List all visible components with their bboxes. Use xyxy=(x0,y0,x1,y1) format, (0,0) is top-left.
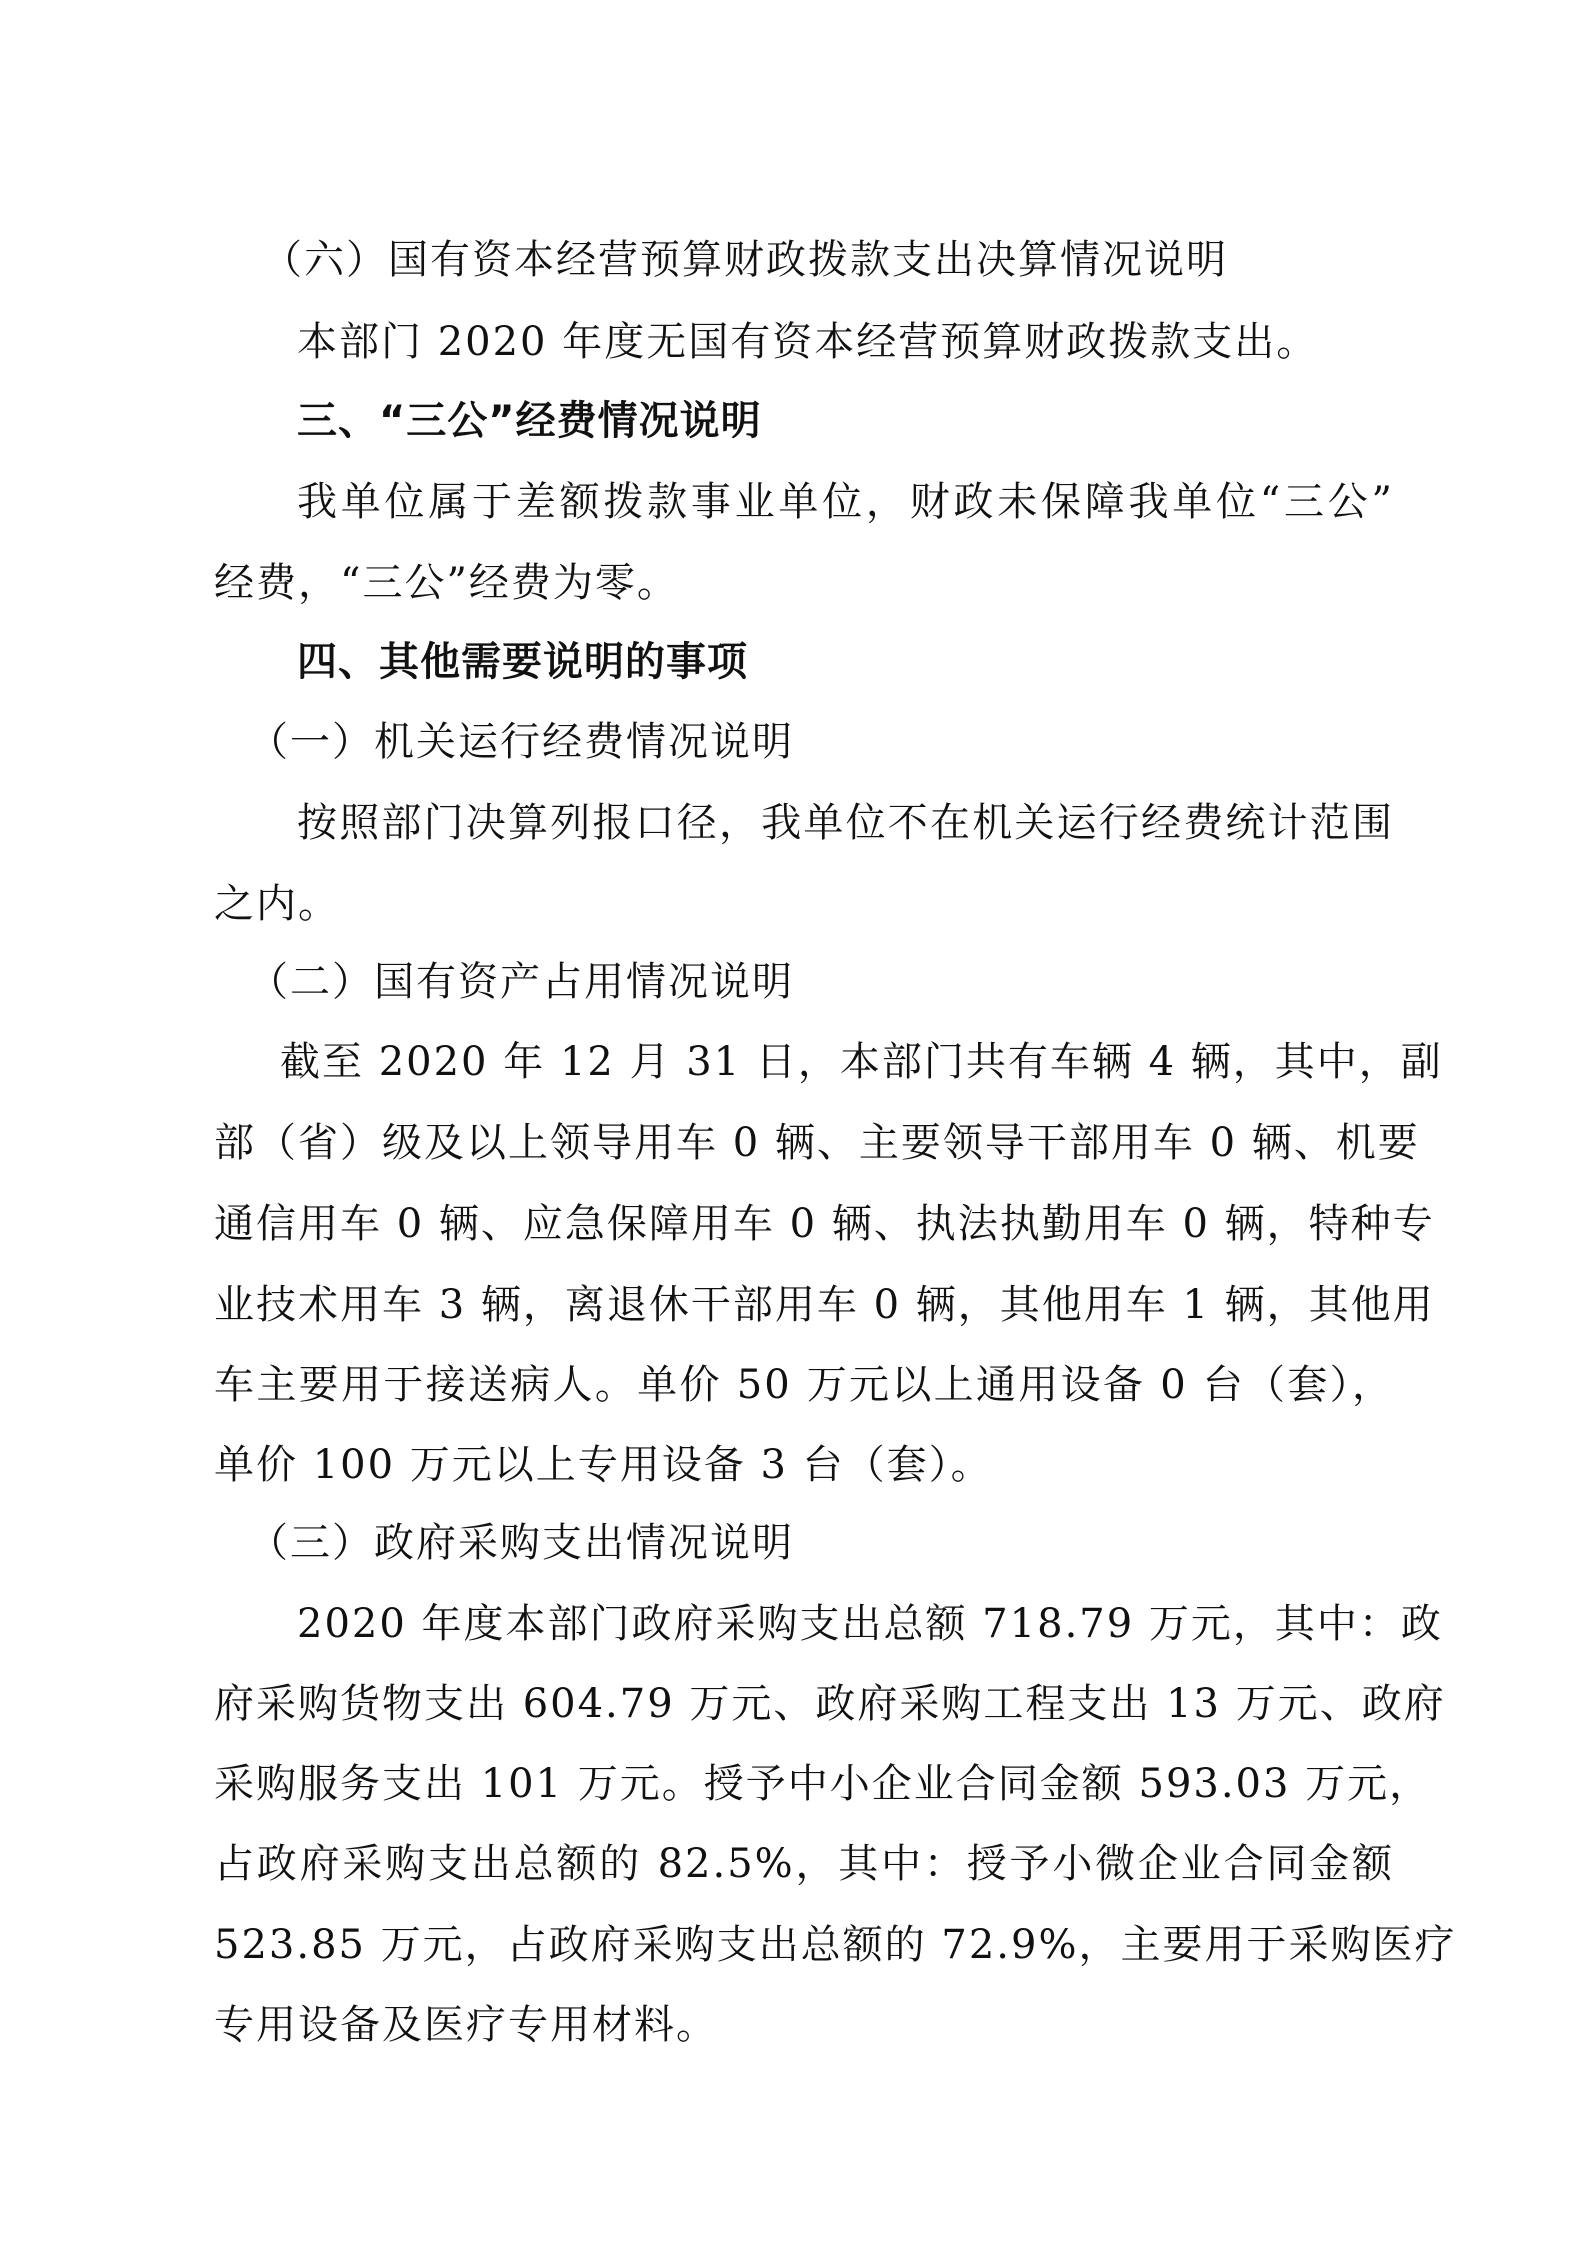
paragraph-line: 单价 100 万元以上专用设备 3 台（套）。 xyxy=(214,1441,1394,1489)
section-heading-other-matters: 四、其他需要说明的事项 xyxy=(297,638,1477,686)
paragraph-line: 专用设备及医疗专用材料。 xyxy=(214,2001,1394,2049)
paragraph-line: 占政府采购支出总额的 82.5%，其中：授予小微企业合同金额 xyxy=(214,1840,1394,1888)
paragraph-line: 部（省）级及以上领导用车 0 辆、主要领导干部用车 0 辆、机要 xyxy=(214,1119,1394,1167)
subsection-heading-state-capital-budget: （六）国有资本经营预算财政拨款支出决算情况说明 xyxy=(262,236,1442,284)
paragraph-line: 我单位属于差额拨款事业单位，财政未保障我单位“三公” xyxy=(297,478,1394,526)
paragraph-line: 采购服务支出 101 万元。授予中小企业合同金额 593.03 万元， xyxy=(214,1760,1394,1808)
document-page: （六）国有资本经营预算财政拨款支出决算情况说明 本部门 2020 年度无国有资本… xyxy=(0,0,1587,2245)
paragraph-line: 523.85 万元，占政府采购支出总额的 72.9%，主要用于采购医疗 xyxy=(214,1921,1394,1969)
paragraph-line: 府采购货物支出 604.79 万元、政府采购工程支出 13 万元、政府 xyxy=(214,1680,1394,1728)
paragraph-line: 车主要用于接送病人。单价 50 万元以上通用设备 0 台（套）， xyxy=(214,1361,1394,1409)
paragraph-line: 本部门 2020 年度无国有资本经营预算财政拨款支出。 xyxy=(297,318,1394,366)
paragraph-line: 之内。 xyxy=(214,880,1394,928)
subsection-heading-operating-costs: （一）机关运行经费情况说明 xyxy=(248,718,1428,766)
subsection-heading-state-assets: （二）国有资产占用情况说明 xyxy=(248,958,1428,1006)
subsection-heading-procurement: （三）政府采购支出情况说明 xyxy=(248,1519,1428,1567)
paragraph-line: 通信用车 0 辆、应急保障用车 0 辆、执法执勤用车 0 辆，特种专 xyxy=(214,1200,1394,1248)
paragraph-line: 截至 2020 年 12 月 31 日，本部门共有车辆 4 辆，其中，副 xyxy=(280,1038,1394,1086)
paragraph-line: 按照部门决算列报口径，我单位不在机关运行经费统计范围 xyxy=(297,799,1394,847)
paragraph-line: 业技术用车 3 辆，离退休干部用车 0 辆，其他用车 1 辆，其他用 xyxy=(214,1281,1394,1329)
paragraph-line: 2020 年度本部门政府采购支出总额 718.79 万元，其中：政 xyxy=(297,1600,1394,1648)
paragraph-line: 经费，“三公”经费为零。 xyxy=(214,559,1394,607)
section-heading-three-public-expenses: 三、“三公”经费情况说明 xyxy=(297,397,1477,445)
